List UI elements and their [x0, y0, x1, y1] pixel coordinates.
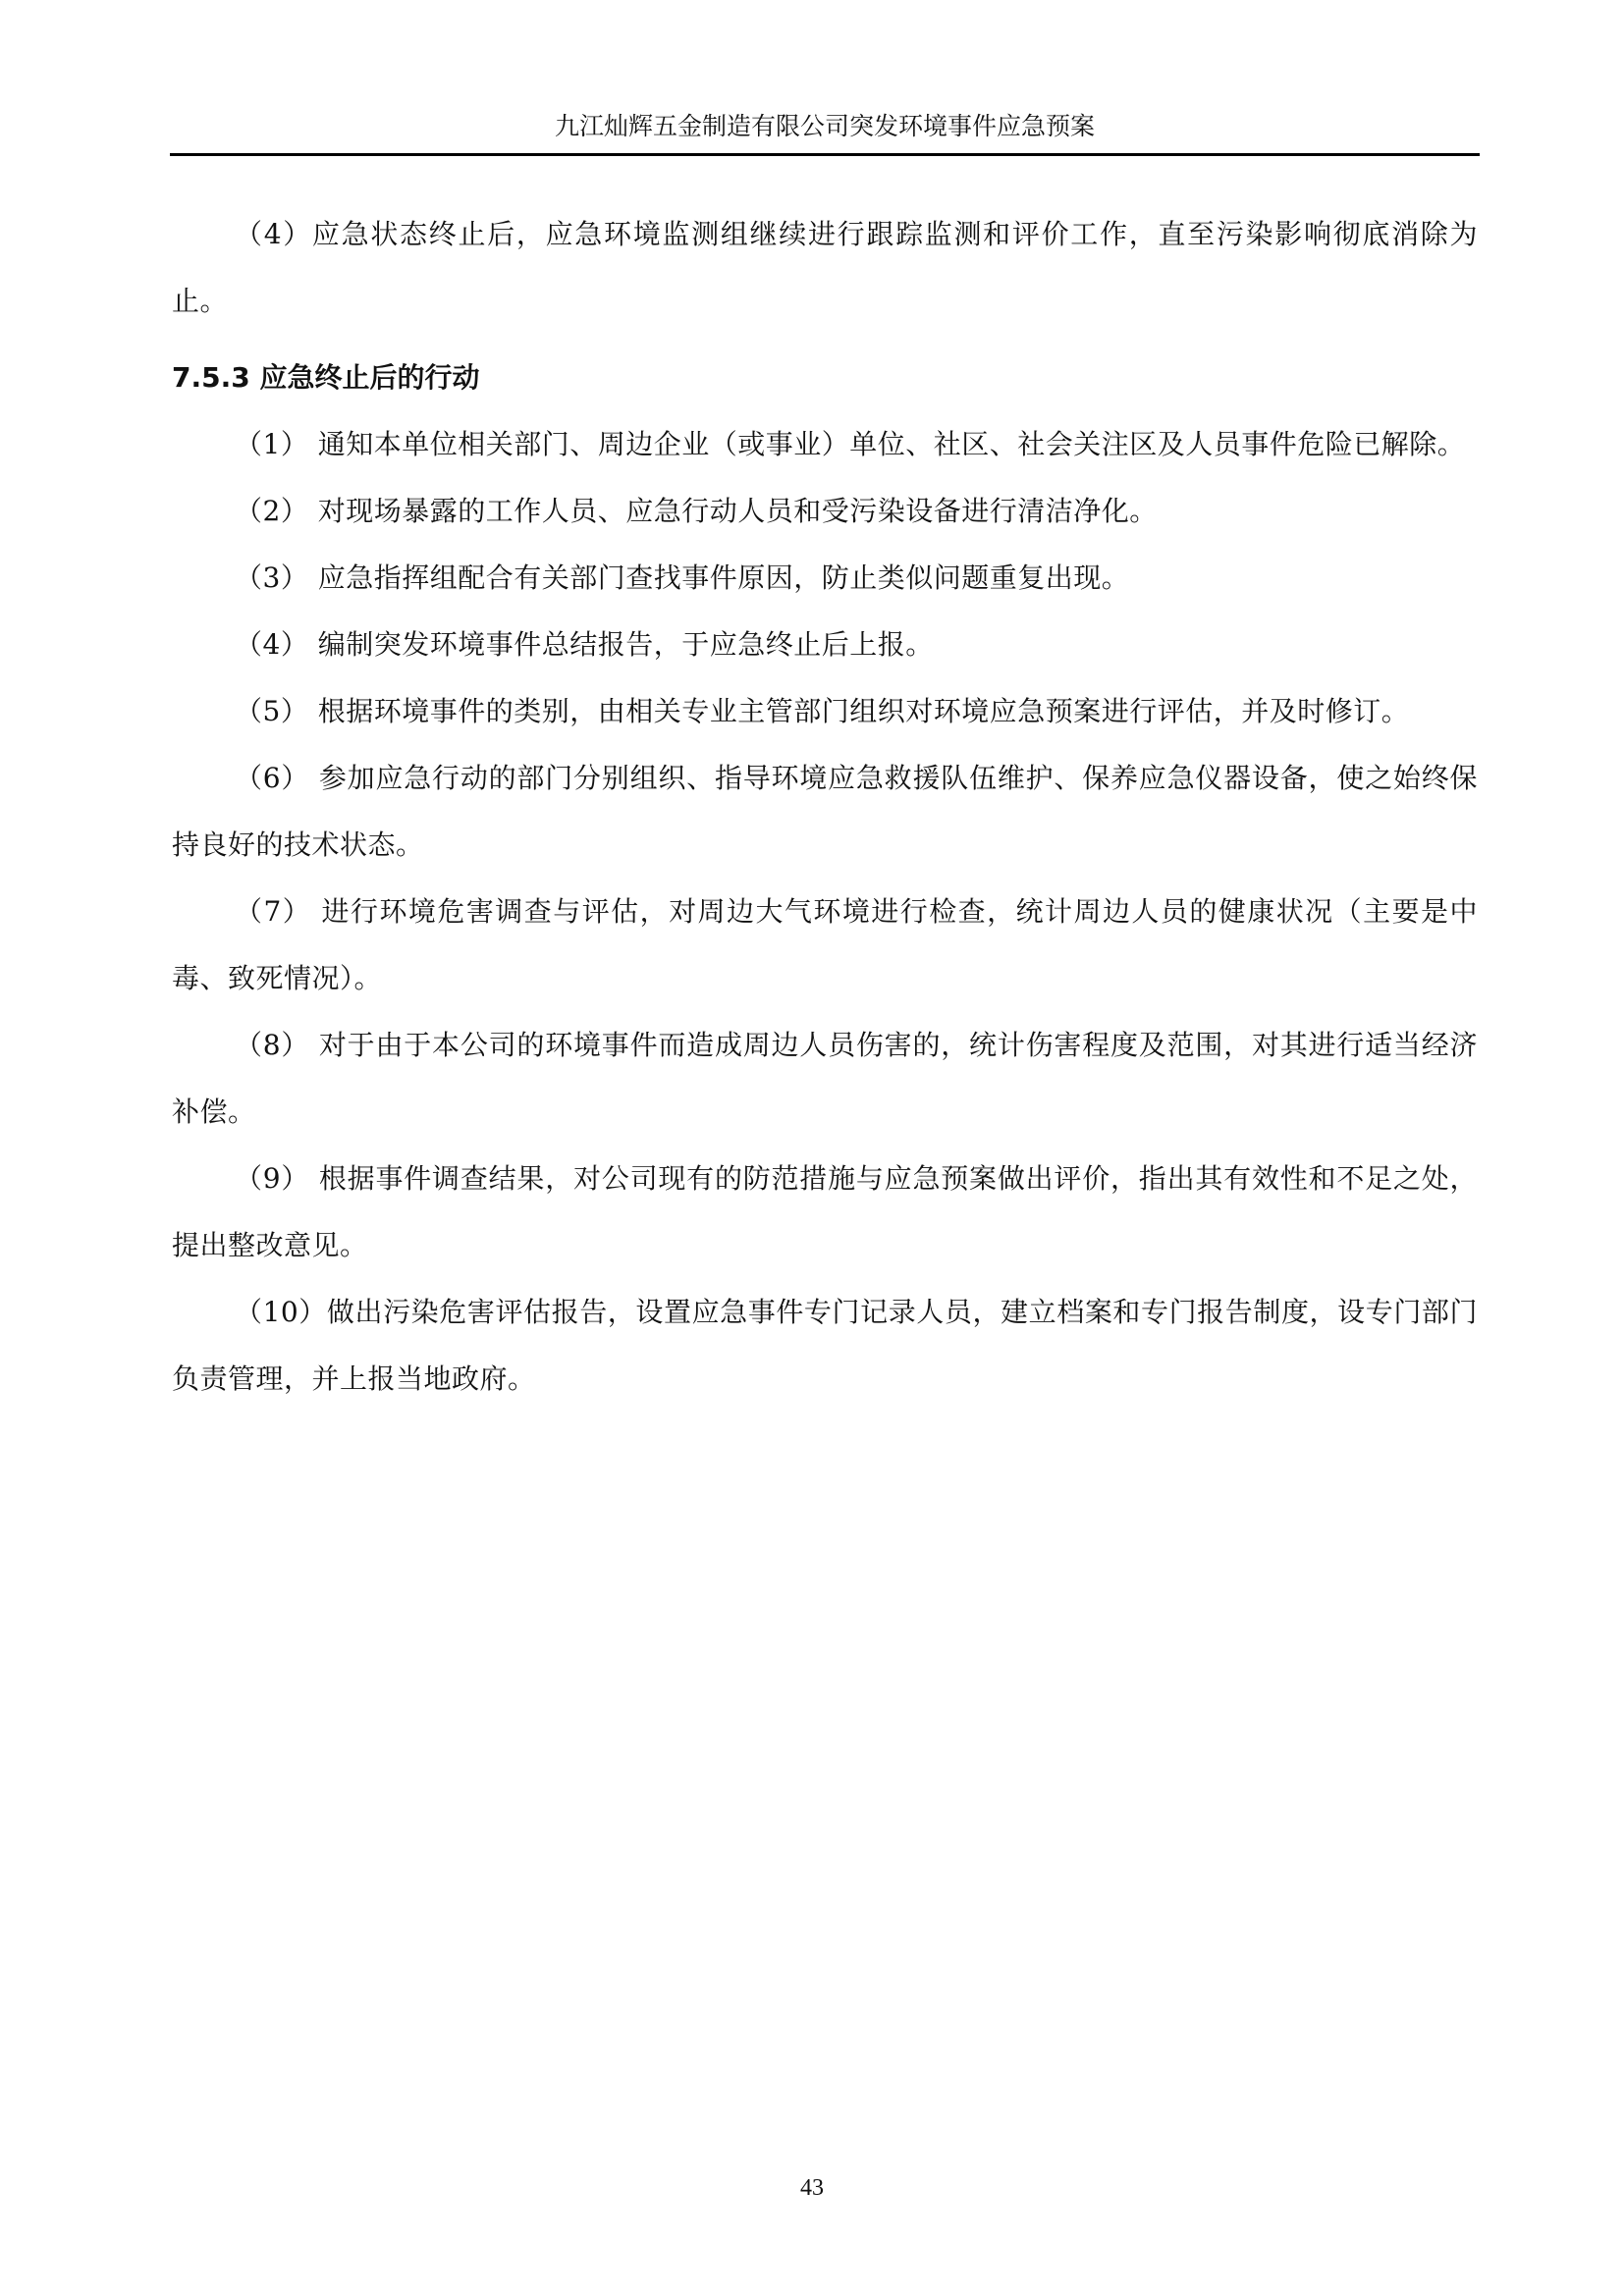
list-item: （8） 对于由于本公司的环境事件而造成周边人员伤害的，统计伤害程度及范围，对其进…	[172, 1012, 1478, 1146]
page-number: 43	[0, 2175, 1624, 2202]
list-item: （9） 根据事件调查结果，对公司现有的防范措施与应急预案做出评价，指出其有效性和…	[172, 1146, 1478, 1279]
document-header-title: 九江灿辉五金制造有限公司突发环境事件应急预案	[172, 110, 1478, 143]
intro-paragraph: （4）应急状态终止后，应急环境监测组继续进行跟踪监测和评价工作，直至污染影响彻底…	[172, 201, 1478, 335]
list-item: （1） 通知本单位相关部门、周边企业（或事业）单位、社区、社会关注区及人员事件危…	[172, 411, 1478, 478]
list-item: （4） 编制突发环境事件总结报告，于应急终止后上报。	[172, 612, 1478, 678]
list-item: （7） 进行环境危害调查与评估，对周边大气环境进行检查，统计周边人员的健康状况（…	[172, 879, 1478, 1012]
header-rule	[170, 153, 1480, 156]
list-item: （5） 根据环境事件的类别，由相关专业主管部门组织对环境应急预案进行评估，并及时…	[172, 678, 1478, 745]
list-item: （3） 应急指挥组配合有关部门查找事件原因，防止类似问题重复出现。	[172, 545, 1478, 612]
list-item: （10）做出污染危害评估报告，设置应急事件专门记录人员，建立档案和专门报告制度，…	[172, 1279, 1478, 1413]
list-item: （6） 参加应急行动的部门分别组织、指导环境应急救援队伍维护、保养应急仪器设备，…	[172, 745, 1478, 879]
section-heading: 7.5.3 应急终止后的行动	[172, 345, 1478, 411]
list-item: （2） 对现场暴露的工作人员、应急行动人员和受污染设备进行清洁净化。	[172, 478, 1478, 545]
document-body: （4）应急状态终止后，应急环境监测组继续进行跟踪监测和评价工作，直至污染影响彻底…	[172, 201, 1478, 1413]
